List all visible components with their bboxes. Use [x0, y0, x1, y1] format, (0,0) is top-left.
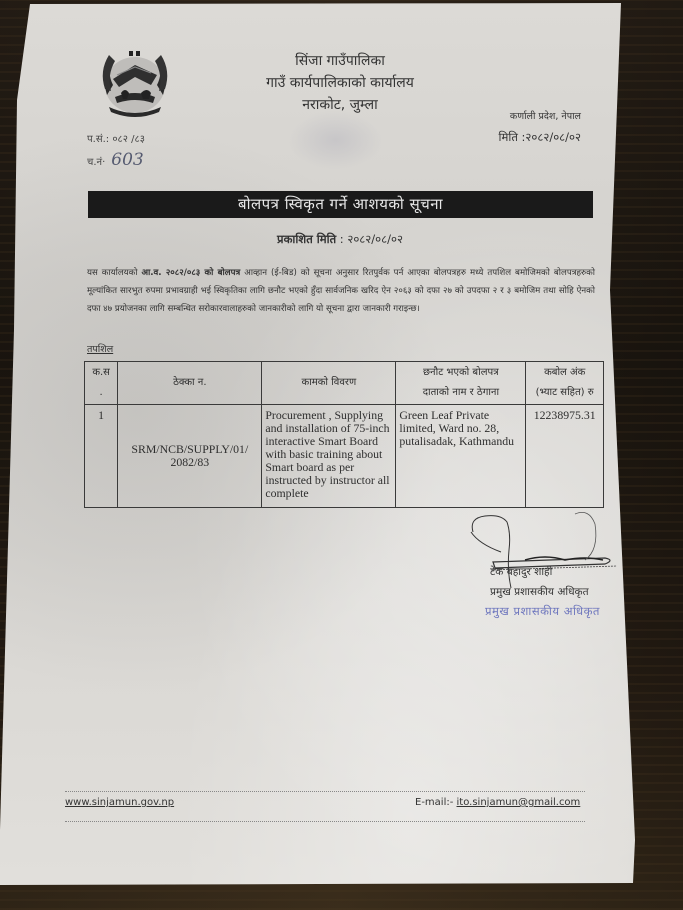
column-header-text: .: [88, 383, 114, 403]
footer-email: E-mail:- ito.sinjamun@gmail.com: [415, 797, 580, 808]
column-header-text: कामको विवरण: [265, 373, 392, 393]
letter-date: मिति :२०८२/०८/०२: [468, 126, 581, 148]
cell-contract-no: SRM/NCB/SUPPLY/01/ 2082/83: [118, 405, 262, 508]
published-label: प्रकाशित मिति: [277, 232, 336, 246]
dispatch-number: 603: [111, 150, 143, 170]
dispatch-line: च.नं·603: [87, 150, 145, 173]
published-date: २०८२/०८/०२: [347, 232, 403, 246]
email-link[interactable]: ito.sinjamun@gmail.com: [457, 797, 581, 808]
nepal-emblem-icon: [95, 45, 175, 120]
table-row: 1 SRM/NCB/SUPPLY/01/ 2082/83 Procurement…: [85, 405, 604, 508]
column-header-description: कामको विवरण: [262, 362, 396, 405]
date-block: कर्णाली प्रदेश, नेपाल मिति :२०८२/०८/०२: [468, 108, 581, 148]
footer-divider-top: [65, 791, 585, 792]
bid-details-table: क.स . ठेक्का न. कामको विवरण छनौट भएको बो…: [84, 361, 604, 508]
signatory-designation: प्रमुख प्रशासकीय अधिकृत: [490, 582, 589, 602]
column-header-text: (भ्याट सहित) रु: [529, 383, 600, 403]
column-header-serial: क.स .: [85, 362, 118, 405]
reference-block: प.सं.: ०८२ /८३ च.नं·603: [87, 130, 145, 173]
signatory-block: टेक बहादुर शाही प्रमुख प्रशासकीय अधिकृत: [490, 562, 589, 602]
footer-divider-bottom: [65, 821, 585, 822]
footer-website: www.sinjamun.gov.np: [65, 797, 174, 808]
cell-amount: 12238975.31: [526, 405, 604, 508]
column-header-contract-no: ठेक्का न.: [118, 362, 262, 405]
notice-title: बोलपत्र स्विकृत गर्ने आशयको सूचना: [88, 191, 593, 218]
letter-reference: प.सं.: ०८२ /८३: [87, 130, 145, 150]
cell-serial: 1: [85, 405, 118, 508]
notice-body: यस कार्यालयको आ.व. २०८२/०८३ को बोलपत्र आ…: [87, 264, 595, 318]
dispatch-label: च.नं·: [87, 157, 105, 168]
column-header-text: ठेक्का न.: [121, 373, 258, 393]
office-name: गाउँ कार्यपालिकाको कार्यालय: [200, 72, 480, 94]
column-header-text: कबोल अंक: [529, 363, 600, 383]
column-header-text: दाताको नाम र ठेगाना: [399, 383, 522, 403]
column-header-amount: कबोल अंक (भ्याट सहित) रु: [526, 362, 604, 405]
body-prefix: यस कार्यालयको: [87, 268, 141, 278]
notice-document: सिंजा गाउँपालिका गाउँ कार्यपालिकाको कार्…: [0, 0, 683, 910]
body-fiscal-year: आ.व. २०८२/०८३ को बोलपत्र: [141, 268, 240, 278]
details-label: तपशिल: [87, 342, 113, 355]
published-date-line: प्रकाशित मिति : २०८२/०८/०२: [200, 232, 480, 247]
table-header-row: क.स . ठेक्का न. कामको विवरण छनौट भएको बो…: [85, 362, 604, 405]
faded-office-stamp: [288, 110, 383, 170]
cell-bidder: Green Leaf Private limited, Ward no. 28,…: [396, 405, 526, 508]
letterhead: सिंजा गाउँपालिका गाउँ कार्यपालिकाको कार्…: [200, 50, 480, 116]
column-header-text: छनौट भएको बोलपत्र: [399, 363, 522, 383]
column-header-text: क.स: [88, 363, 114, 383]
website-link[interactable]: www.sinjamun.gov.np: [65, 797, 174, 808]
cell-description: Procurement , Supplying and installation…: [262, 405, 396, 508]
province-name: कर्णाली प्रदेश, नेपाल: [468, 108, 581, 126]
municipality-name: सिंजा गाउँपालिका: [200, 50, 480, 72]
column-header-bidder: छनौट भएको बोलपत्र दाताको नाम र ठेगाना: [396, 362, 526, 405]
signatory-name: टेक बहादुर शाही: [490, 562, 589, 582]
published-separator: :: [336, 232, 347, 246]
official-designation-stamp: प्रमुख प्रशासकीय अधिकृत: [485, 604, 600, 619]
email-label: E-mail:-: [415, 797, 457, 808]
